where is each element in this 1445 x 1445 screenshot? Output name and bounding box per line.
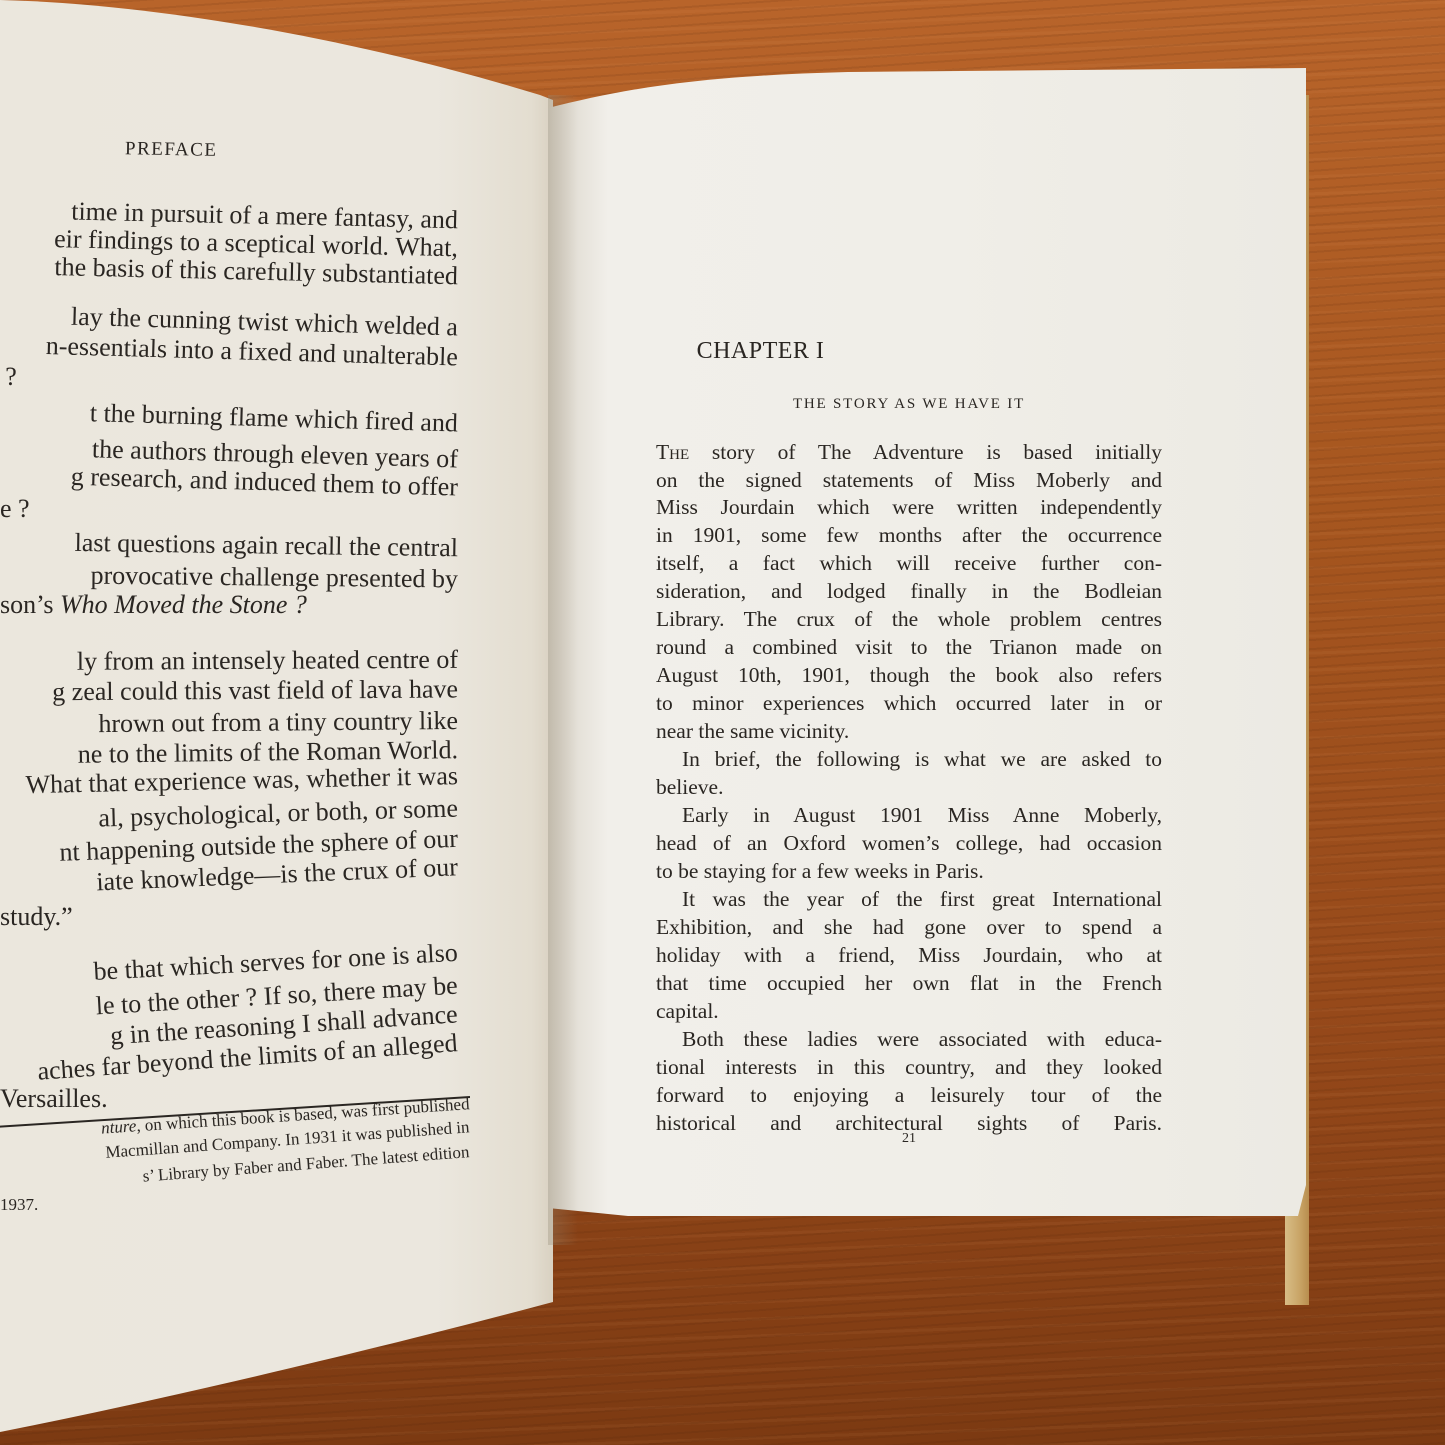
text-line: head of an Oxford women’s college, had o… bbox=[656, 831, 1162, 856]
text-line: holiday with a friend, Miss Jourdain, wh… bbox=[656, 943, 1162, 968]
text-line: It was the year of the first great Inter… bbox=[656, 887, 1162, 912]
text-line: in 1901, some few months after the occur… bbox=[656, 523, 1162, 548]
text-line: The story of The Adventure is based init… bbox=[656, 440, 1162, 465]
text-line: e ? bbox=[0, 494, 466, 524]
text-line: g zeal could this vast field of lava hav… bbox=[0, 674, 458, 707]
text-line: ? bbox=[0, 362, 466, 392]
footnote-line: 1937. bbox=[0, 1195, 470, 1215]
text-line: believe. bbox=[656, 775, 1162, 800]
left-page-text: PREFACE time in pursuit of a mere fantas… bbox=[0, 0, 470, 1250]
text-line: round a combined visit to the Trianon ma… bbox=[656, 635, 1162, 660]
text-line: t the burning flame which fired and bbox=[0, 396, 458, 439]
page-number: 21 bbox=[656, 1131, 1162, 1147]
text-line: study.” bbox=[0, 902, 466, 932]
text-line: to be staying for a few weeks in Paris. bbox=[656, 859, 1162, 884]
text-line: last questions again recall the central bbox=[0, 527, 458, 564]
text-line: sideration, and lodged finally in the Bo… bbox=[656, 579, 1162, 604]
text-line: hrown out from a tiny country like bbox=[0, 706, 458, 740]
text-line: Both these ladies were associated with e… bbox=[656, 1027, 1162, 1052]
italic-book-title: Who Moved the Stone ? bbox=[60, 590, 307, 619]
text-line: Early in August 1901 Miss Anne Moberly, bbox=[656, 803, 1162, 828]
book-gutter bbox=[548, 95, 578, 1245]
running-head: PREFACE bbox=[125, 138, 218, 162]
text-line: itself, a fact which will receive furthe… bbox=[656, 551, 1162, 576]
chapter-subtitle: THE STORY AS WE HAVE IT bbox=[656, 396, 1162, 413]
text-line: on the signed statements of Miss Moberly… bbox=[656, 468, 1162, 493]
text-line: In brief, the following is what we are a… bbox=[656, 747, 1162, 772]
text-line-with-title: son’s Who Moved the Stone ? bbox=[0, 590, 466, 620]
chapter-title: CHAPTER I bbox=[0, 338, 1445, 365]
text-line: that time occupied her own flat in the F… bbox=[656, 971, 1162, 996]
text-line: ly from an intensely heated centre of bbox=[0, 645, 458, 677]
text-line: Library. The crux of the whole problem c… bbox=[656, 607, 1162, 632]
text-line: Exhibition, and she had gone over to spe… bbox=[656, 915, 1162, 940]
text-line: near the same vicinity. bbox=[656, 719, 1162, 744]
text-line: Miss Jourdain which were written indepen… bbox=[656, 495, 1162, 520]
text-line: August 10th, 1901, though the book also … bbox=[656, 663, 1162, 688]
text-line: to minor experiences which occurred late… bbox=[656, 691, 1162, 716]
small-caps-opening: The bbox=[656, 440, 689, 464]
text-line: forward to enjoying a leisurely tour of … bbox=[656, 1083, 1162, 1108]
text-line: capital. bbox=[656, 999, 1162, 1024]
text-line: tional interests in this country, and th… bbox=[656, 1055, 1162, 1080]
